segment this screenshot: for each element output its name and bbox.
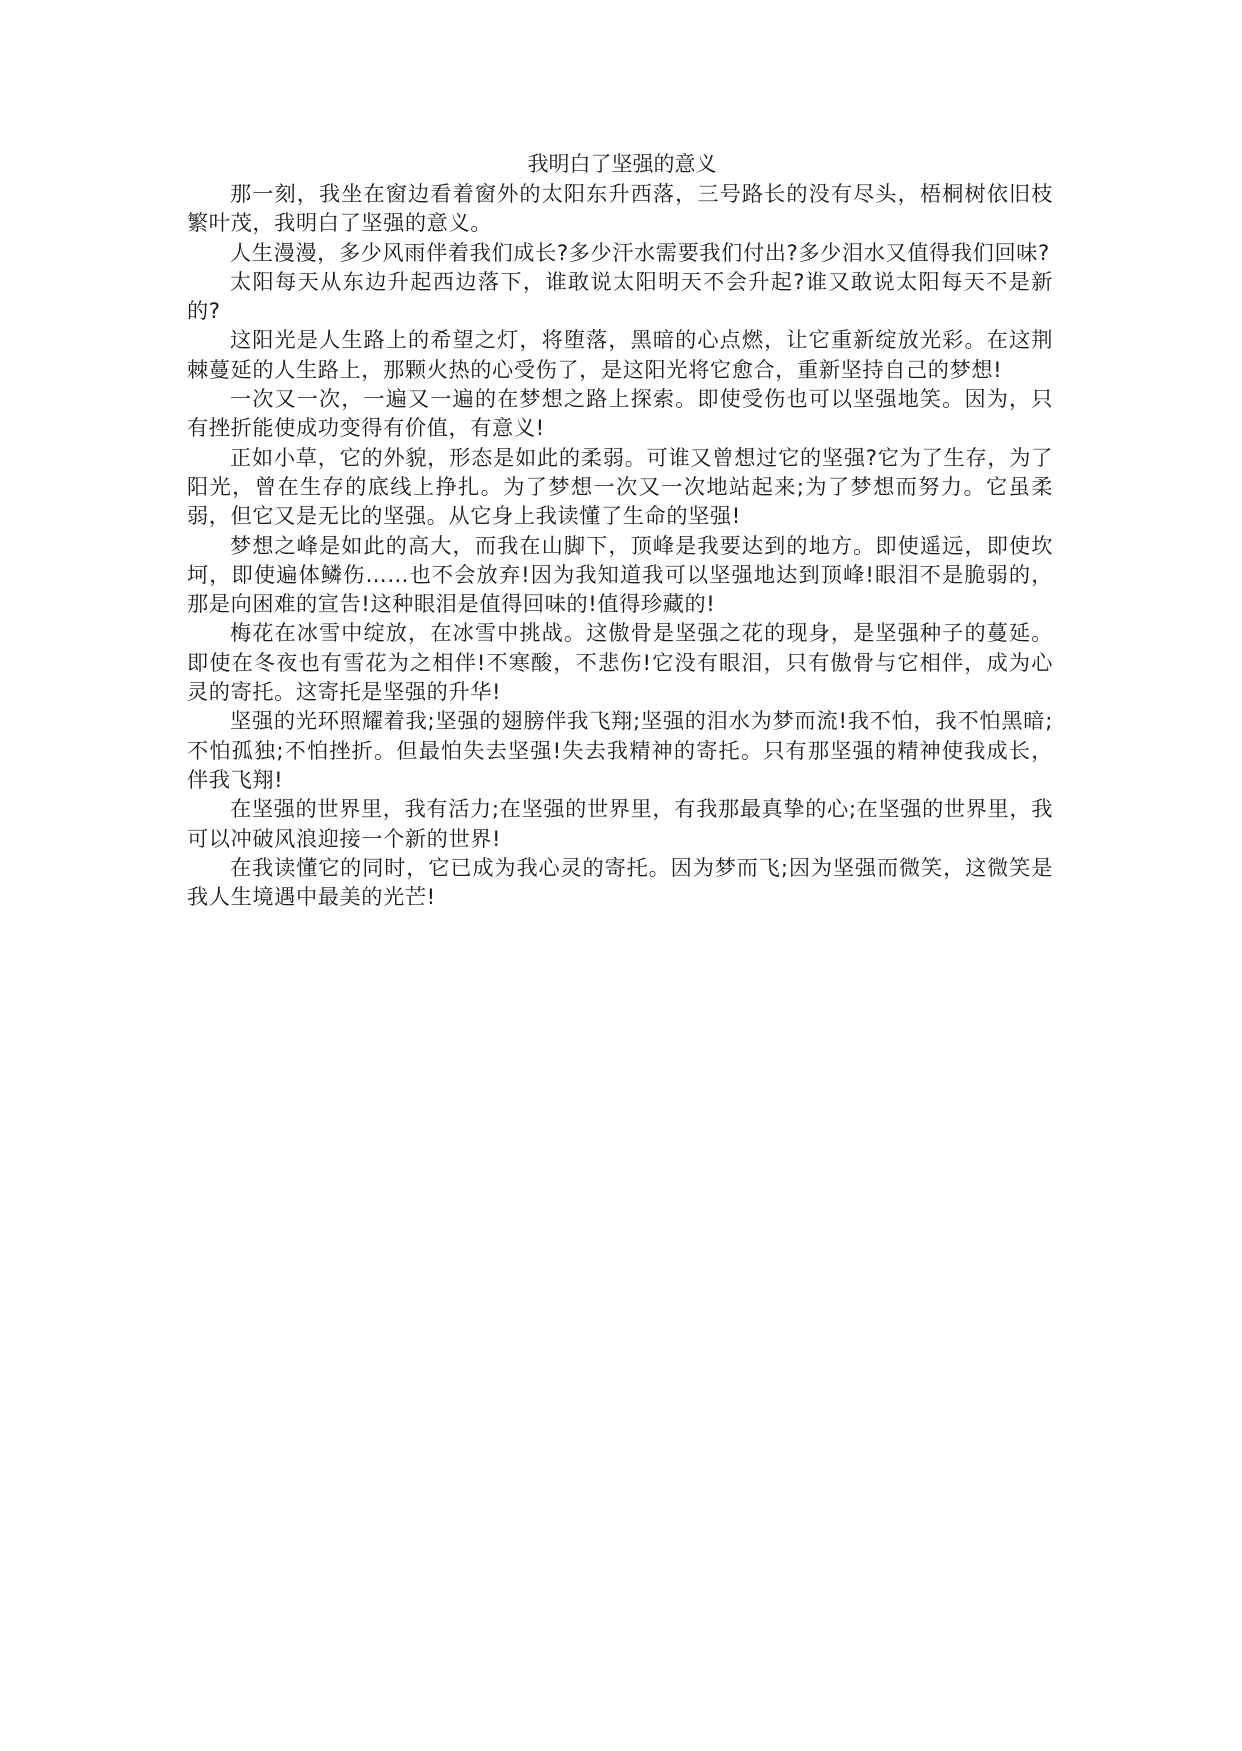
paragraph-11: 在我读懂它的同时，它已成为我心灵的寄托。因为梦而飞;因为坚强而微笑，这微笑是我人…: [187, 853, 1053, 912]
document-title: 我明白了坚强的意义: [187, 150, 1053, 179]
paragraph-4: 这阳光是人生路上的希望之灯，将堕落，黑暗的心点燃，让它重新绽放光彩。在这荆棘蔓延…: [187, 325, 1053, 384]
paragraph-9: 坚强的光环照耀着我;坚强的翅膀伴我飞翔;坚强的泪水为梦而流!我不怕，我不怕黑暗;…: [187, 706, 1053, 794]
paragraph-5: 一次又一次，一遍又一遍的在梦想之路上探索。即使受伤也可以坚强地笑。因为，只有挫折…: [187, 384, 1053, 443]
paragraph-10: 在坚强的世界里，我有活力;在坚强的世界里，有我那最真挚的心;在坚强的世界里，我可…: [187, 794, 1053, 853]
document-page: 我明白了坚强的意义 那一刻，我坐在窗边看着窗外的太阳东升西落，三号路长的没有尽头…: [187, 150, 1053, 911]
paragraph-6: 正如小草，它的外貌，形态是如此的柔弱。可谁又曾想过它的坚强?它为了生存，为了阳光…: [187, 443, 1053, 531]
paragraph-8: 梅花在冰雪中绽放，在冰雪中挑战。这傲骨是坚强之花的现身，是坚强种子的蔓延。即使在…: [187, 618, 1053, 706]
paragraph-1: 那一刻，我坐在窗边看着窗外的太阳东升西落，三号路长的没有尽头，梧桐树依旧枝繁叶茂…: [187, 179, 1053, 238]
paragraph-7: 梦想之峰是如此的高大，而我在山脚下，顶峰是我要达到的地方。即使遥远，即使坎坷，即…: [187, 531, 1053, 619]
paragraph-3: 太阳每天从东边升起西边落下，谁敢说太阳明天不会升起?谁又敢说太阳每天不是新的?: [187, 267, 1053, 326]
paragraph-2: 人生漫漫，多少风雨伴着我们成长?多少汗水需要我们付出?多少泪水又值得我们回味?: [187, 238, 1053, 267]
